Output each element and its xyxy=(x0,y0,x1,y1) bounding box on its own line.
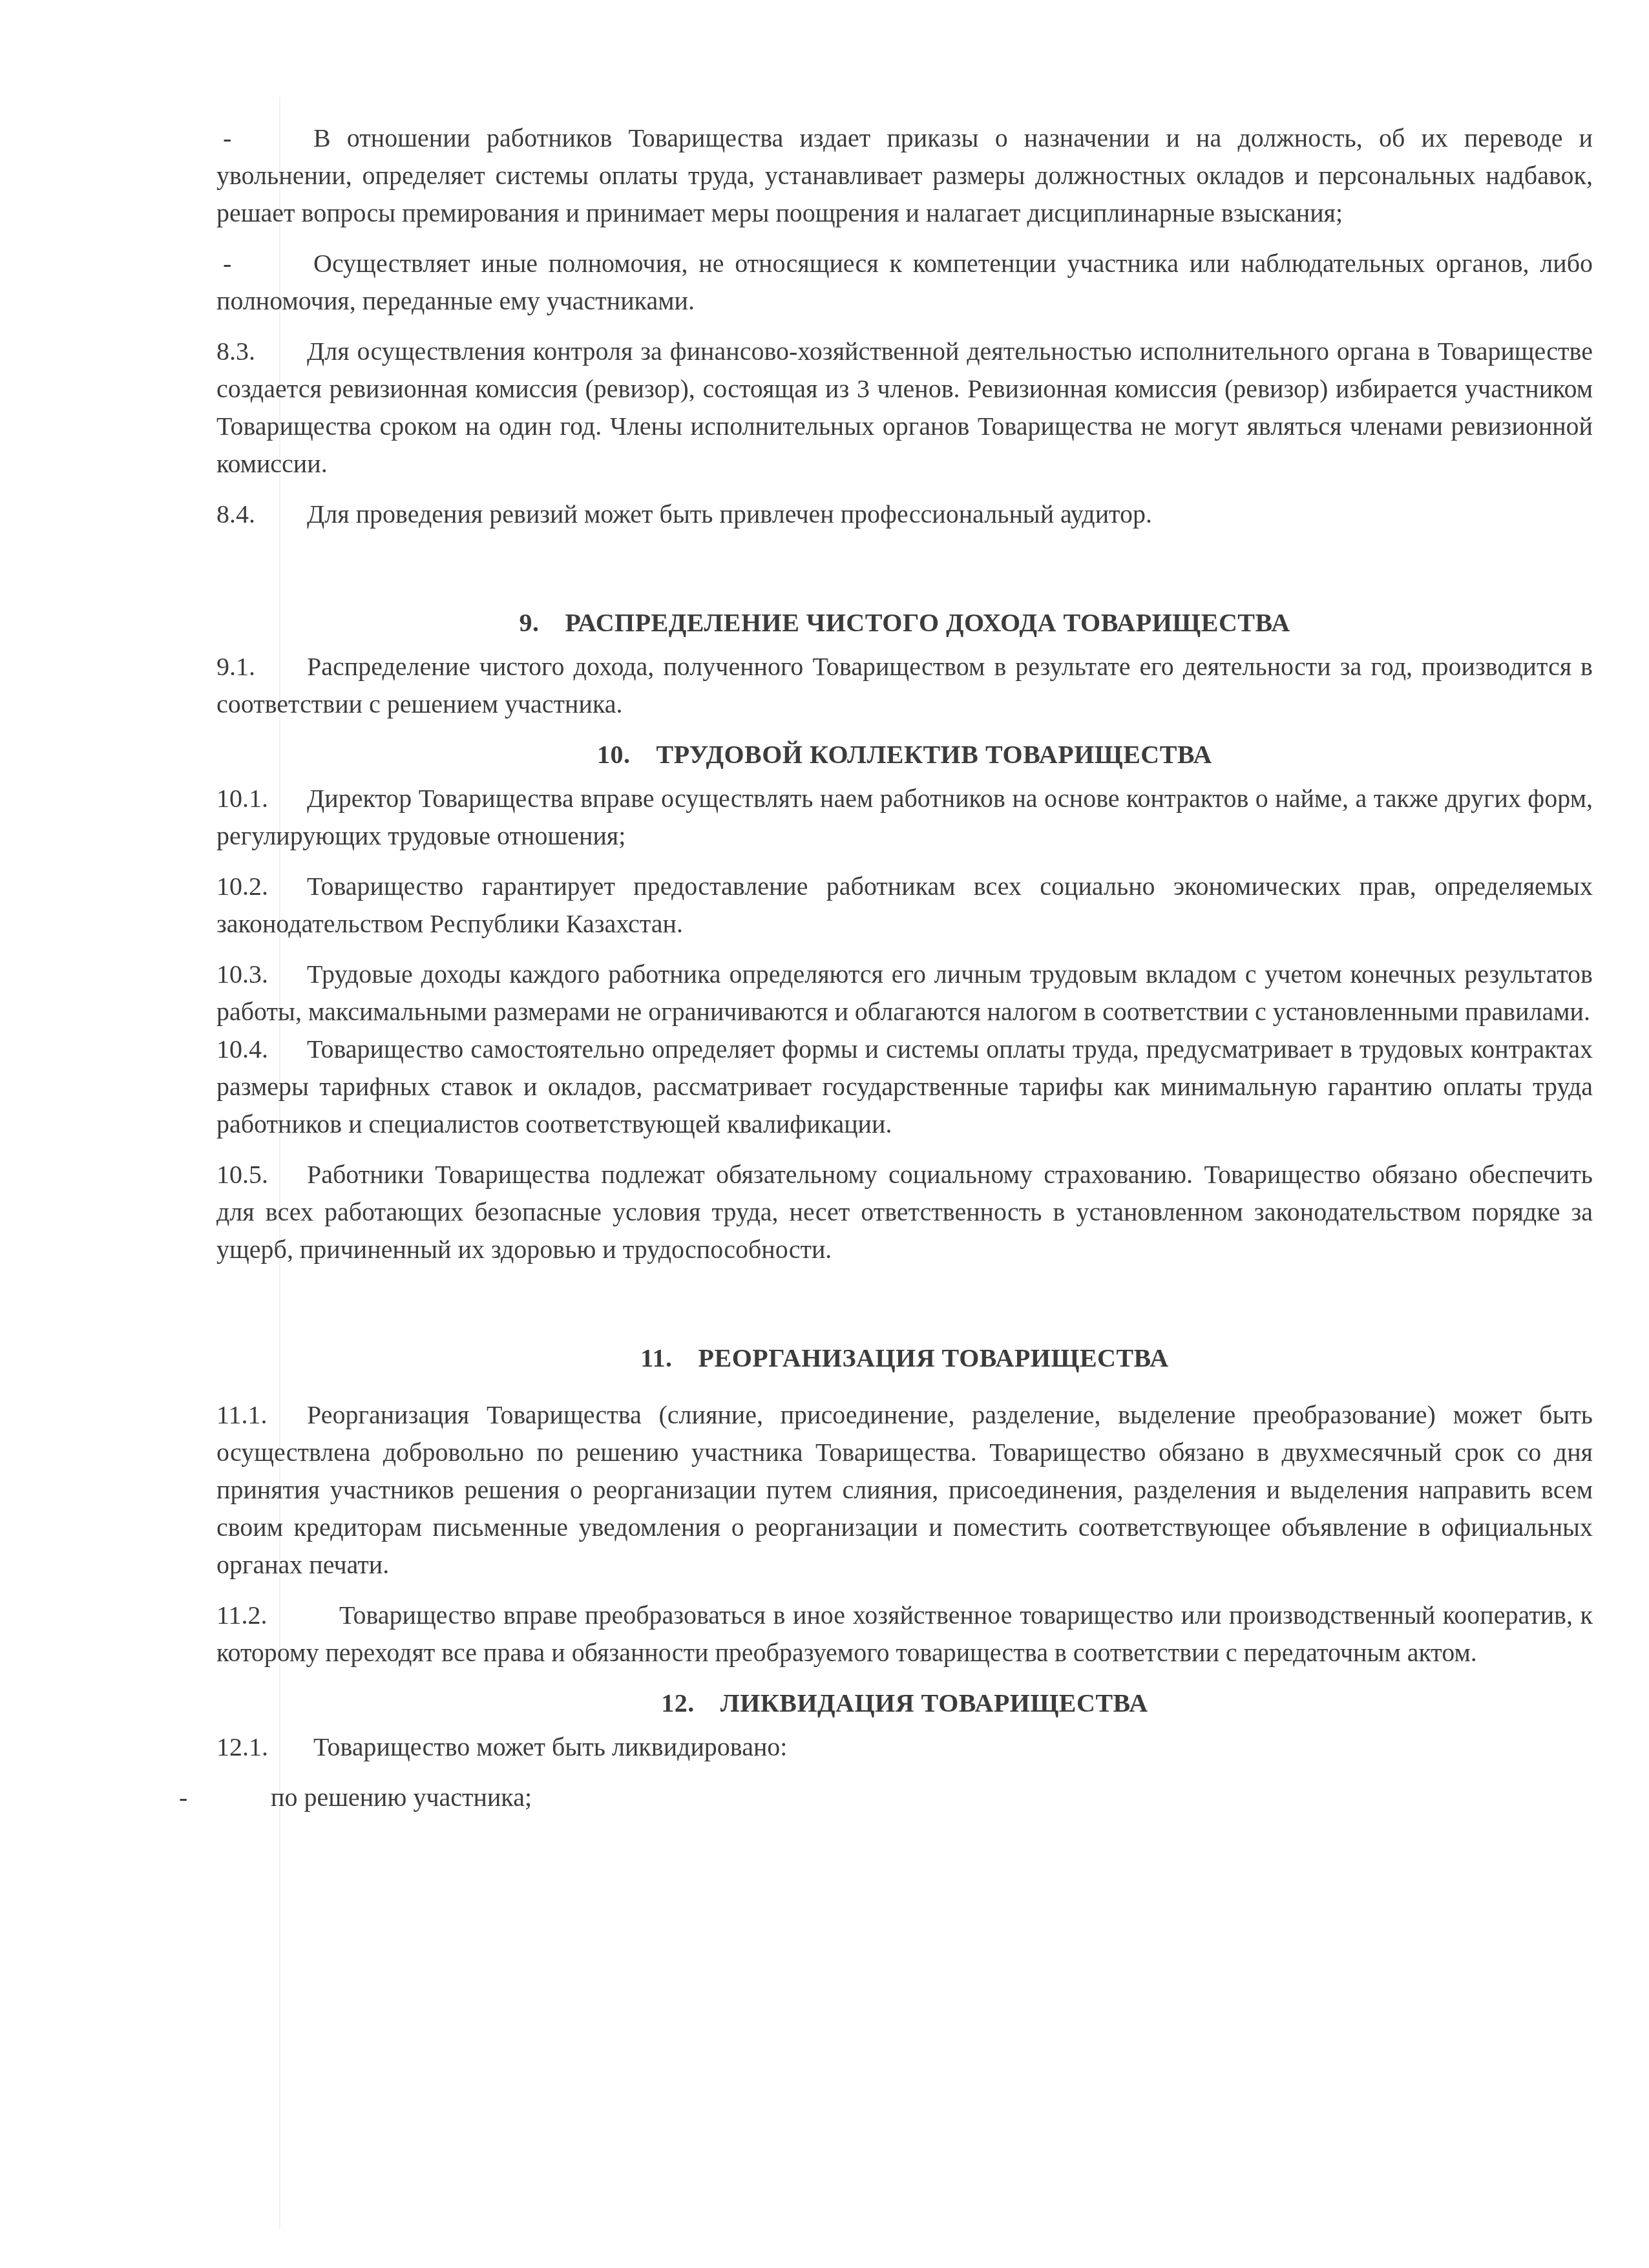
clause-number: 10.3. xyxy=(216,956,307,993)
clause-number: 8.4. xyxy=(216,496,307,533)
clause-number: 12.1. xyxy=(216,1728,313,1766)
paragraph-text: Осуществляет иные полномочия, не относящ… xyxy=(216,249,1593,315)
clause-number: 9.1. xyxy=(216,648,307,686)
clause-9-1: 9.1.Распределение чистого дохода, получе… xyxy=(216,648,1593,723)
clause-10-1: 10.1.Директор Товарищества вправе осущес… xyxy=(216,780,1593,855)
clause-text: Работники Товарищества подлежат обязател… xyxy=(216,1160,1593,1264)
clause-number: 10.4. xyxy=(216,1031,307,1068)
bullet-paragraph: - по решению участника; xyxy=(179,1779,1593,1816)
section-title: РЕОРГАНИЗАЦИЯ ТОВАРИЩЕСТВА xyxy=(698,1343,1169,1372)
clause-number: 10.2. xyxy=(216,868,307,905)
clause-text: Для осуществления контроля за финансово-… xyxy=(216,337,1593,478)
section-heading-12: 12.ЛИКВИДАЦИЯ ТОВАРИЩЕСТВА xyxy=(216,1685,1593,1722)
section-title: РАСПРЕДЕЛЕНИЕ ЧИСТОГО ДОХОДА ТОВАРИЩЕСТВ… xyxy=(565,608,1290,637)
document-page: - В отношении работников Товарищества из… xyxy=(216,120,1593,1829)
clause-11-1: 11.1.Реорганизация Товарищества (слияние… xyxy=(216,1396,1593,1584)
section-heading-10: 10.ТРУДОВОЙ КОЛЛЕКТИВ ТОВАРИЩЕСТВА xyxy=(216,736,1593,773)
paragraph-text: В отношении работников Товарищества изда… xyxy=(216,123,1593,227)
clause-10-4: 10.4.Товарищество самостоятельно определ… xyxy=(216,1031,1593,1143)
clause-text: Директор Товарищества вправе осуществлят… xyxy=(216,784,1593,850)
clause-10-2: 10.2.Товарищество гарантирует предоставл… xyxy=(216,868,1593,943)
clause-text: Товарищество может быть ликвидировано: xyxy=(313,1732,787,1761)
clause-8-3: 8.3.Для осуществления контроля за финанс… xyxy=(216,333,1593,483)
section-heading-11: 11.РЕОРГАНИЗАЦИЯ ТОВАРИЩЕСТВА xyxy=(216,1339,1593,1377)
clause-text: Реорганизация Товарищества (слияние, при… xyxy=(216,1400,1593,1579)
section-number: 11. xyxy=(640,1339,672,1377)
clause-number: 10.1. xyxy=(216,780,307,817)
clause-number: 11.1. xyxy=(216,1396,307,1434)
clause-number: 8.3. xyxy=(216,333,307,370)
bullet-paragraph: - В отношении работников Товарищества из… xyxy=(216,120,1593,232)
section-heading-9: 9.РАСПРЕДЕЛЕНИЕ ЧИСТОГО ДОХОДА ТОВАРИЩЕС… xyxy=(216,604,1593,642)
clause-text: Для проведения ревизий может быть привле… xyxy=(307,499,1152,529)
clause-10-3: 10.3.Трудовые доходы каждого работника о… xyxy=(216,956,1593,1031)
section-number: 9. xyxy=(519,604,539,642)
clause-number: 10.5. xyxy=(216,1156,307,1193)
clause-text: Товарищество гарантирует предоставление … xyxy=(216,872,1593,938)
clause-number: 11.2. xyxy=(216,1597,339,1634)
bullet-paragraph: - Осуществляет иные полномочия, не относ… xyxy=(216,245,1593,320)
clause-text: Товарищество самостоятельно определяет ф… xyxy=(216,1034,1593,1139)
section-number: 10. xyxy=(597,736,631,773)
clause-text: Трудовые доходы каждого работника опреде… xyxy=(216,960,1593,1026)
clause-text: Распределение чистого дохода, полученног… xyxy=(216,652,1593,719)
section-number: 12. xyxy=(661,1685,695,1722)
clause-11-2: 11.2.Товарищество вправе преобразоваться… xyxy=(216,1597,1593,1672)
bullet-marker: - xyxy=(223,120,231,157)
clause-8-4: 8.4.Для проведения ревизий может быть пр… xyxy=(216,496,1593,533)
paragraph-text: по решению участника; xyxy=(271,1783,532,1812)
section-title: ЛИКВИДАЦИЯ ТОВАРИЩЕСТВА xyxy=(720,1688,1148,1717)
clause-text: Товарищество вправе преобразоваться в ин… xyxy=(216,1601,1593,1667)
section-title: ТРУДОВОЙ КОЛЛЕКТИВ ТОВАРИЩЕСТВА xyxy=(656,740,1212,769)
bullet-marker: - xyxy=(179,1779,187,1816)
bullet-marker: - xyxy=(223,245,231,282)
clause-10-5: 10.5.Работники Товарищества подлежат обя… xyxy=(216,1156,1593,1268)
clause-12-1: 12.1.Товарищество может быть ликвидирова… xyxy=(216,1728,1593,1766)
